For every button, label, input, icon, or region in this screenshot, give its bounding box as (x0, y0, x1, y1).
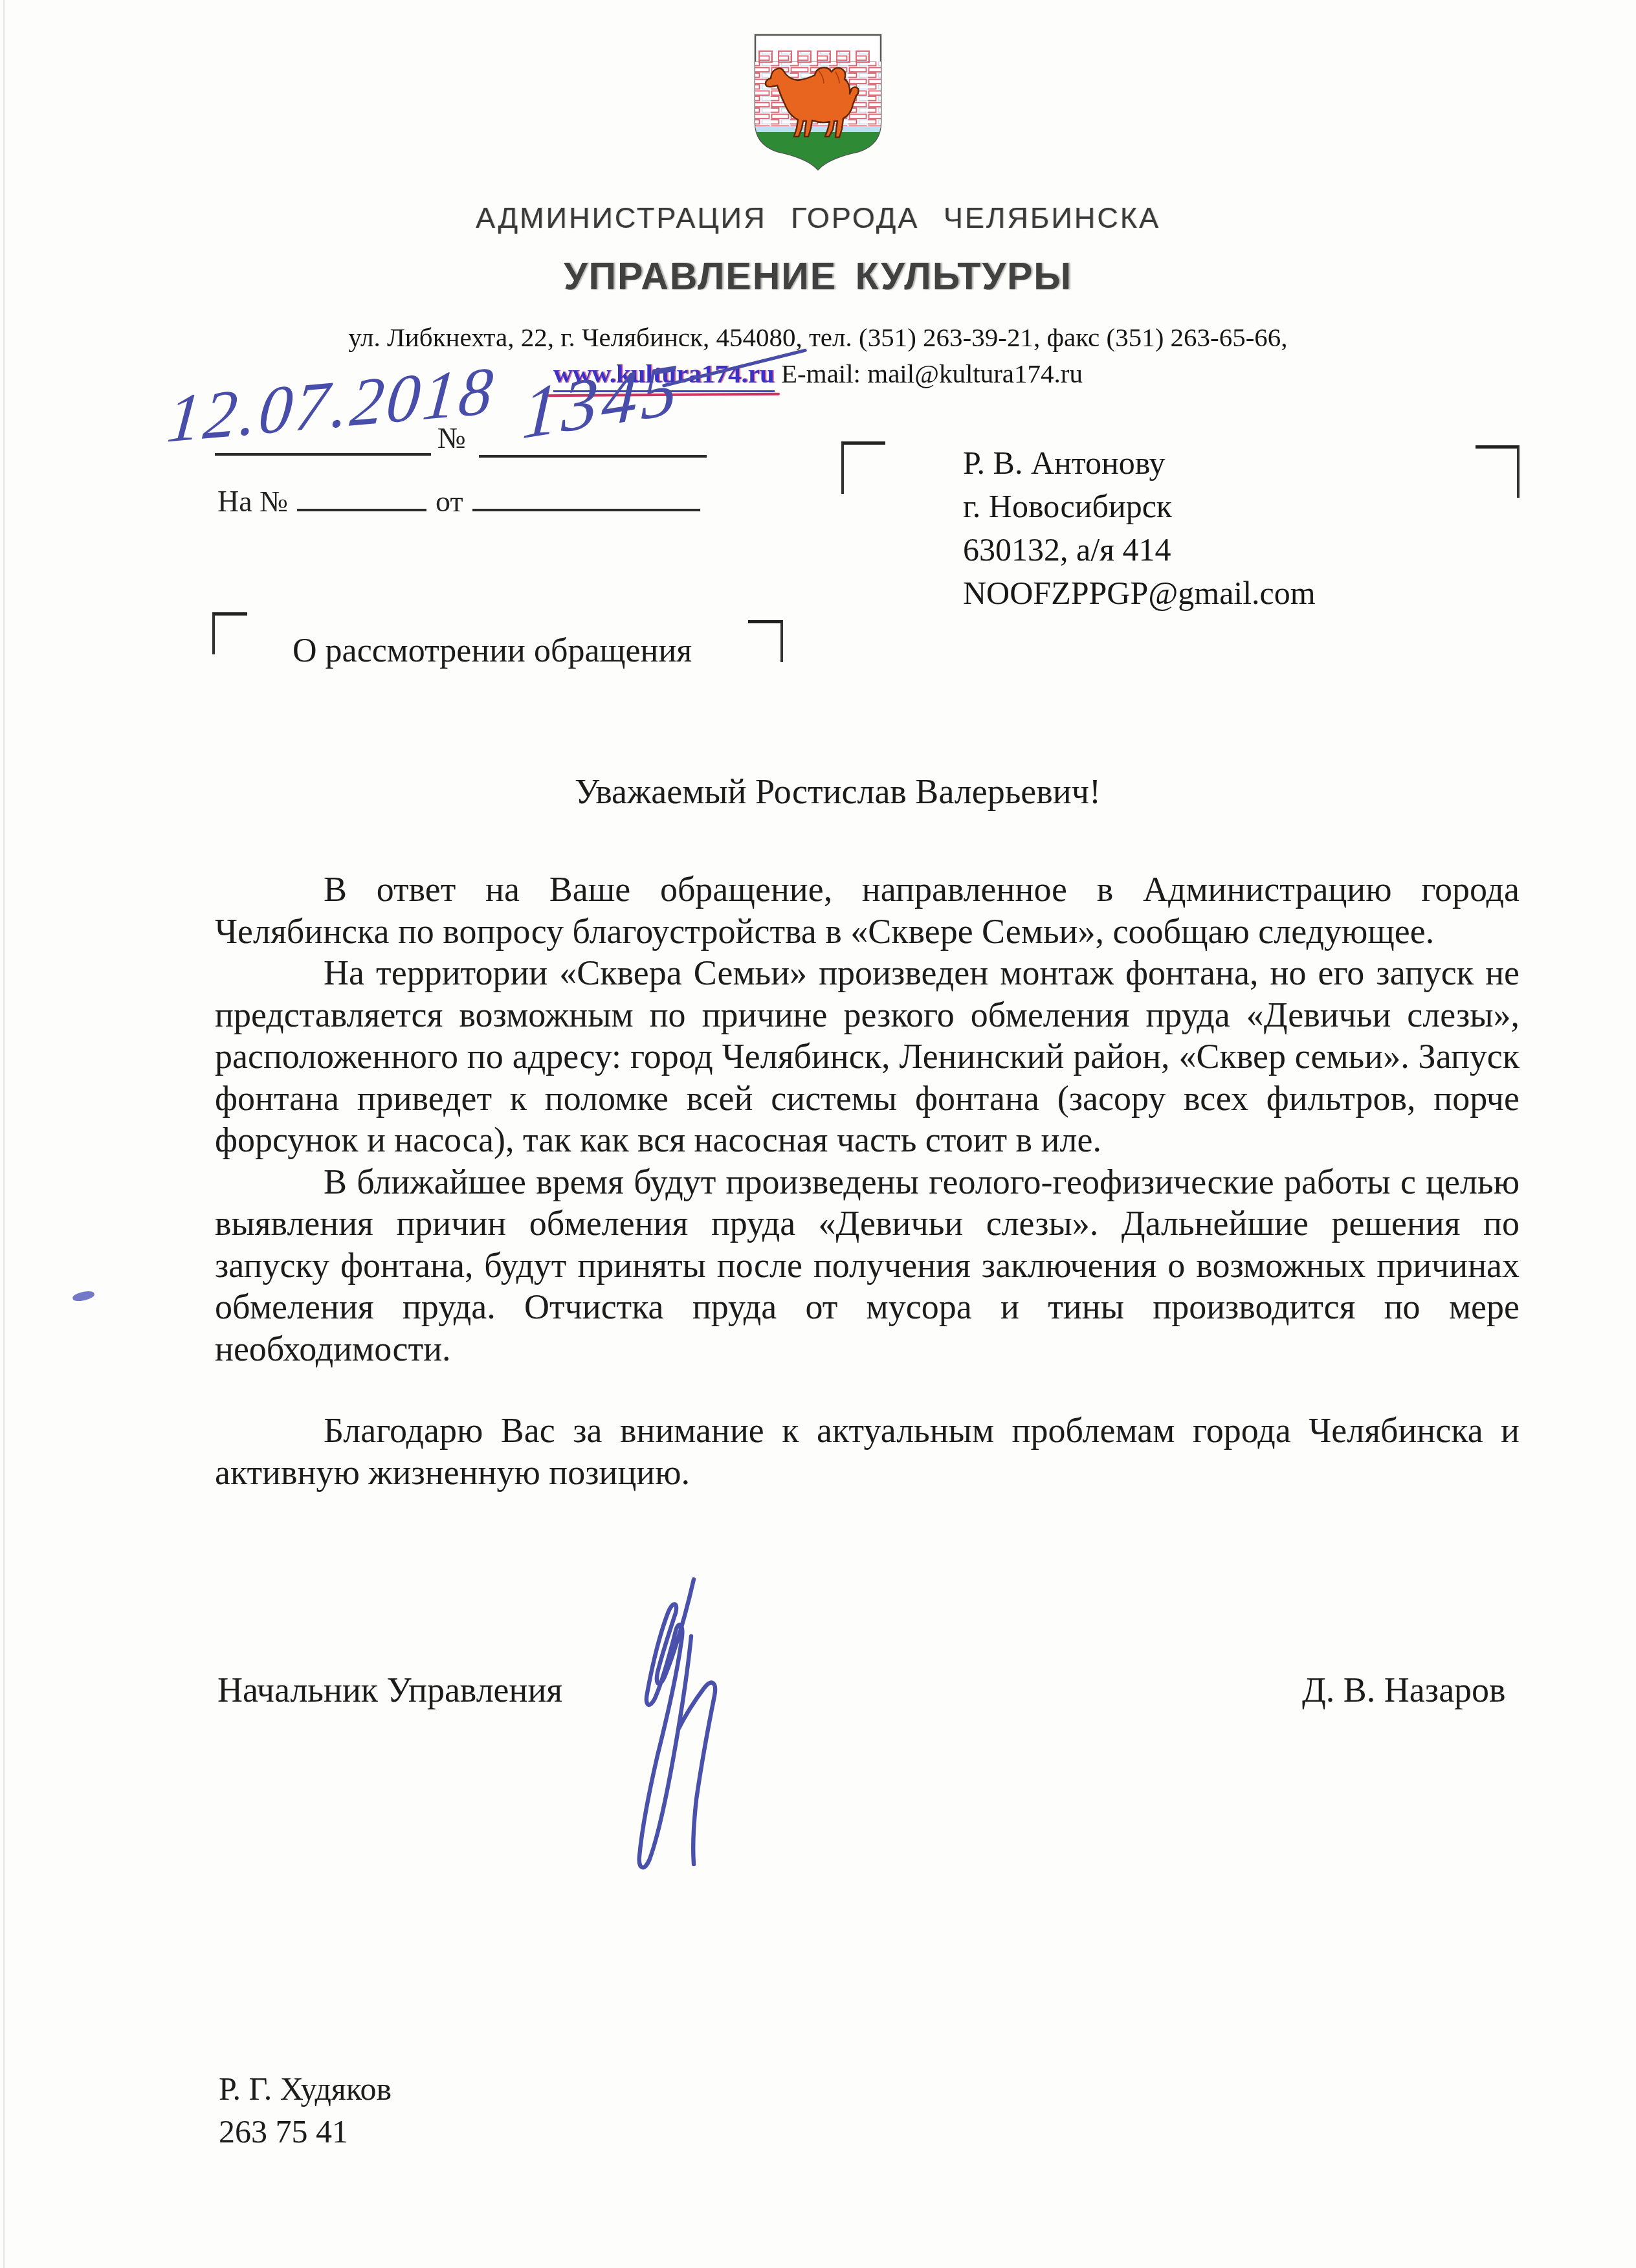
reply-prefix: На № (217, 485, 288, 518)
reply-from-label: от (436, 485, 463, 518)
body-paragraph: В ближайшее время будут произведены геол… (215, 1161, 1520, 1370)
signature-scribble (593, 1569, 780, 1884)
email-text: E-mail: mail@kultura174.ru (781, 359, 1083, 388)
number-underline (479, 455, 707, 458)
signer-name: Д. В. Назаров (1302, 1670, 1506, 1710)
salutation: Уважаемый Ростислав Валерьевич! (575, 772, 1101, 812)
body-paragraph: На территории «Сквера Семьи» произведен … (215, 952, 1520, 1161)
reply-date-blank (472, 484, 700, 511)
subject-corner-left (212, 612, 247, 654)
recipient-line: NOOFZPPGP@gmail.com (963, 572, 1316, 615)
executor-block: Р. Г. Худяков 263 75 41 (219, 2067, 392, 2153)
number-sign: № (437, 421, 466, 455)
body-paragraph: Благодарю Вас за внимание к актуальным п… (215, 1410, 1520, 1493)
scanned-letter-page: АДМИНИСТРАЦИЯ ГОРОДА ЧЕЛЯБИНСКА УПРАВЛЕН… (0, 0, 1636, 2268)
coat-of-arms-icon (751, 31, 885, 172)
date-underline (215, 453, 431, 456)
recipient-block: Р. В. Антонову г. Новосибирск 630132, а/… (963, 441, 1316, 615)
body-paragraph: В ответ на Ваше обращение, направленное … (215, 869, 1520, 952)
recipient-corner-left (841, 441, 885, 494)
recipient-line: Р. В. Антонову (963, 441, 1316, 485)
subject-corner-right (748, 620, 783, 662)
recipient-line: г. Новосибирск (963, 485, 1316, 528)
subject-line: О рассмотрении обращения (293, 632, 692, 670)
reply-number-blank (297, 484, 426, 511)
contact-name: Р. Г. Худяков (219, 2067, 392, 2110)
recipient-corner-right (1476, 445, 1520, 498)
department-name: УПРАВЛЕНИЕ КУЛЬТУРЫ (0, 254, 1636, 298)
letterhead: АДМИНИСТРАЦИЯ ГОРОДА ЧЕЛЯБИНСКА УПРАВЛЕН… (0, 31, 1636, 392)
organization-name: АДМИНИСТРАЦИЯ ГОРОДА ЧЕЛЯБИНСКА (0, 201, 1636, 235)
letter-body: В ответ на Ваше обращение, направленное … (215, 869, 1520, 1493)
reply-reference-line: На №от (217, 484, 709, 518)
recipient-line: 630132, а/я 414 (963, 528, 1316, 572)
contact-phone: 263 75 41 (219, 2110, 392, 2153)
address-line: ул. Либкнехта, 22, г. Челябинск, 454080,… (0, 322, 1636, 353)
signer-position: Начальник Управления (217, 1670, 562, 1710)
ink-mark-artifact (72, 1290, 95, 1303)
